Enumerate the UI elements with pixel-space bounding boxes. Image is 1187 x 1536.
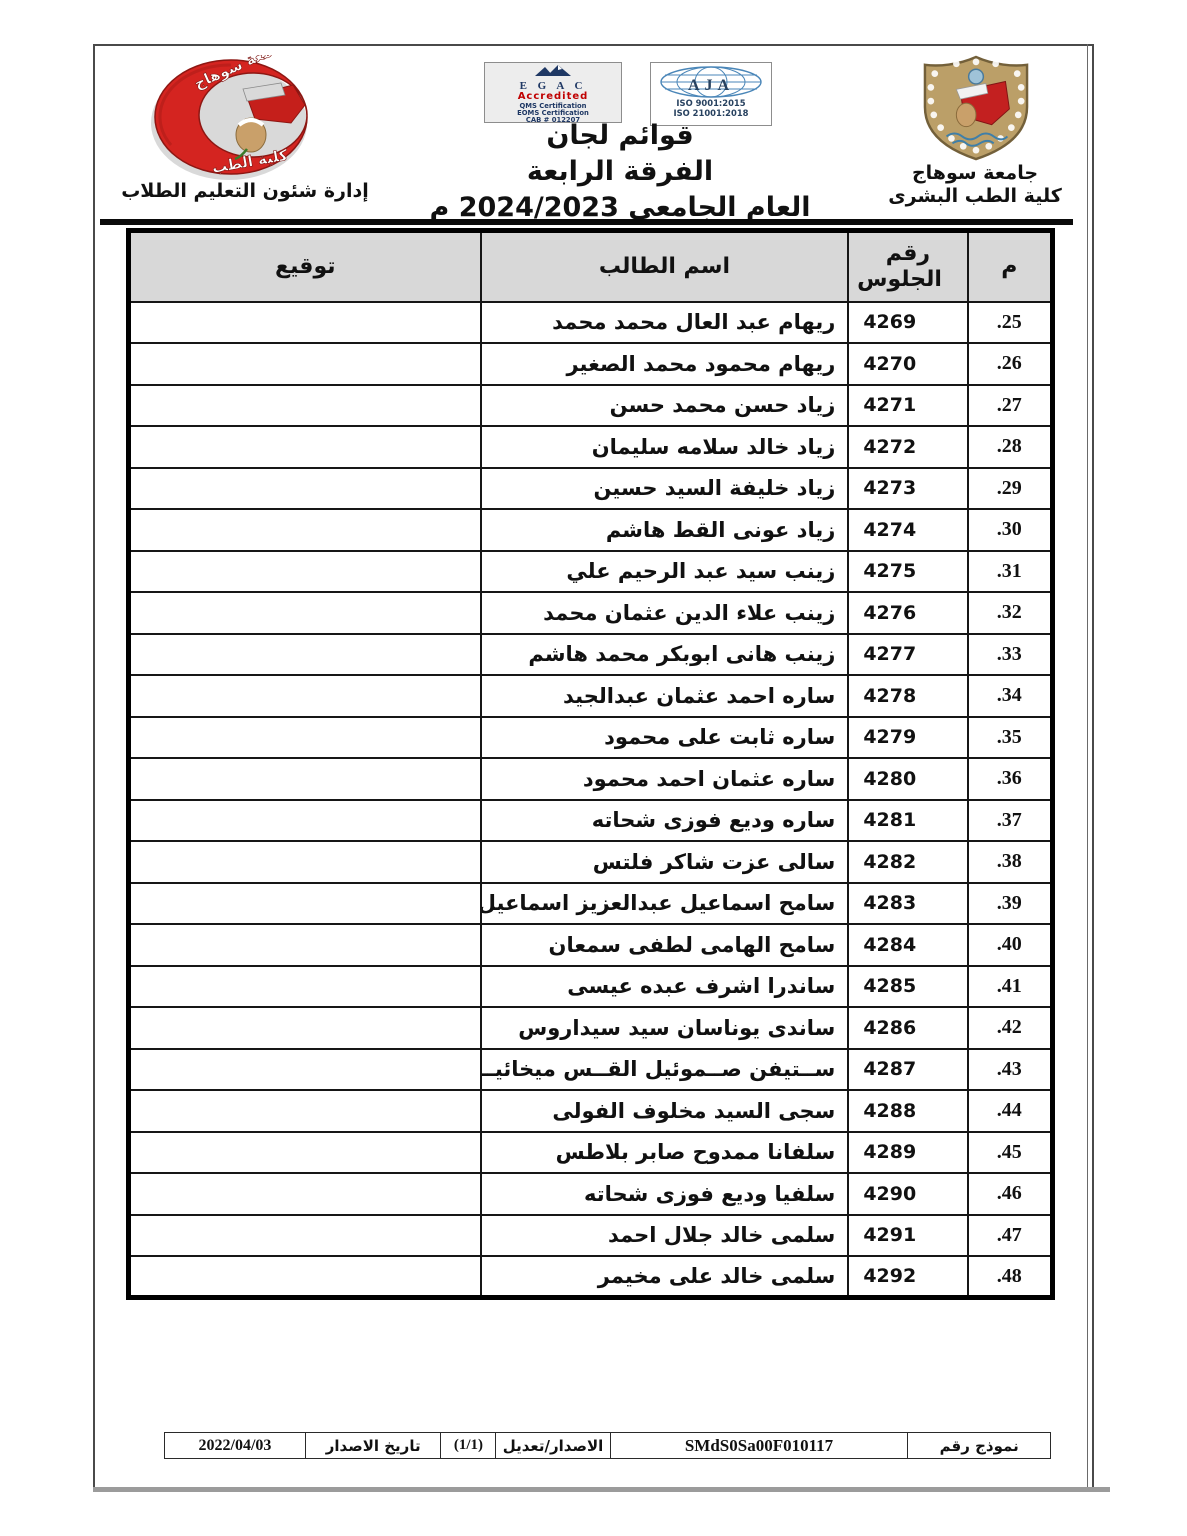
student-name: زينب هانى ابوبكر محمد هاشم (481, 634, 849, 676)
table-row: 32. 4276 زينب علاء الدين عثمان محمد (129, 592, 1053, 634)
signature-cell (129, 634, 481, 676)
signature-cell (129, 509, 481, 551)
row-serial-number: 25. (968, 302, 1053, 344)
table-row: 27. 4271 زياد حسن محمد حسن (129, 385, 1053, 427)
page-frame-right-inner-line (1087, 44, 1088, 1490)
row-serial-number: 36. (968, 758, 1053, 800)
signature-cell (129, 924, 481, 966)
seat-number: 4285 (848, 966, 967, 1008)
row-serial-number: 34. (968, 675, 1053, 717)
signature-cell (129, 1215, 481, 1257)
seat-number: 4278 (848, 675, 967, 717)
page-frame-left-line (93, 44, 95, 1490)
seat-number: 4274 (848, 509, 967, 551)
seat-number: 4275 (848, 551, 967, 593)
table-row: 26. 4270 ريهام محمود محمد الصغير (129, 343, 1053, 385)
page-frame-right-outer-line (1092, 44, 1094, 1490)
seat-number: 4284 (848, 924, 967, 966)
footer-row: نموذج رقم SMdS0Sa00F010117 الاصدار/تعديل… (165, 1433, 1051, 1459)
row-serial-number: 42. (968, 1007, 1053, 1049)
student-name: سلمى خالد جلال احمد (481, 1215, 849, 1257)
table-row: 44. 4288 سجى السيد مخلوف الفولى (129, 1090, 1053, 1132)
signature-cell (129, 675, 481, 717)
signature-cell (129, 1132, 481, 1174)
table-row: 39. 4283 سامح اسماعيل عبدالعزيز اسماعيل (129, 883, 1053, 925)
seat-number: 4288 (848, 1090, 967, 1132)
row-serial-number: 40. (968, 924, 1053, 966)
signature-cell (129, 551, 481, 593)
issue-value: (1/1) (441, 1433, 496, 1459)
row-serial-number: 32. (968, 592, 1053, 634)
header-divider-rule (100, 219, 1073, 225)
table-row: 36. 4280 ساره عثمان احمد محمود (129, 758, 1053, 800)
student-name: سلمى خالد على مخيمر (481, 1256, 849, 1298)
row-serial-number: 43. (968, 1049, 1053, 1091)
row-serial-number: 44. (968, 1090, 1053, 1132)
table-row: 48. 4292 سلمى خالد على مخيمر (129, 1256, 1053, 1298)
row-serial-number: 33. (968, 634, 1053, 676)
row-serial-number: 30. (968, 509, 1053, 551)
table-row: 40. 4284 سامح الهامى لطفى سمعان (129, 924, 1053, 966)
table-row: 30. 4274 زياد عونى القط هاشم (129, 509, 1053, 551)
signature-cell (129, 800, 481, 842)
row-serial-number: 47. (968, 1215, 1053, 1257)
signature-cell (129, 302, 481, 344)
student-name: زينب علاء الدين عثمان محمد (481, 592, 849, 634)
signature-cell (129, 385, 481, 427)
student-name: ســتيفن صــموئيل القــس ميخائيــل عبــد (481, 1049, 849, 1091)
table-row: 33. 4277 زينب هانى ابوبكر محمد هاشم (129, 634, 1053, 676)
table-row: 38. 4282 سالى عزت شاكر فلتس (129, 841, 1053, 883)
row-serial-number: 27. (968, 385, 1053, 427)
form-control-footer: نموذج رقم SMdS0Sa00F010117 الاصدار/تعديل… (164, 1432, 1051, 1459)
student-name: ساره احمد عثمان عبدالجيد (481, 675, 849, 717)
row-serial-number: 41. (968, 966, 1053, 1008)
signature-cell (129, 592, 481, 634)
table-row: 45. 4289 سلفانا ممدوح صابر بلاطس (129, 1132, 1053, 1174)
seat-number: 4279 (848, 717, 967, 759)
student-name: ساره عثمان احمد محمود (481, 758, 849, 800)
signature-cell (129, 966, 481, 1008)
seat-number: 4277 (848, 634, 967, 676)
university-shield-logo-icon (917, 54, 1035, 162)
table-row: 43. 4287 ســتيفن صــموئيل القــس ميخائيـ… (129, 1049, 1053, 1091)
student-name: زياد خليفة السيد حسين (481, 468, 849, 510)
student-name: سجى السيد مخلوف الفولى (481, 1090, 849, 1132)
seat-number: 4272 (848, 426, 967, 468)
table-row: 37. 4281 ساره وديع فوزى شحاته (129, 800, 1053, 842)
row-serial-number: 37. (968, 800, 1053, 842)
table-row: 34. 4278 ساره احمد عثمان عبدالجيد (129, 675, 1053, 717)
student-name: ساره ثابت على محمود (481, 717, 849, 759)
seat-number: 4280 (848, 758, 967, 800)
egac-mountains-icon (533, 64, 573, 77)
column-header-serial: م (968, 231, 1053, 302)
student-name: ساندى يوناسان سيد سيداروس (481, 1007, 849, 1049)
table-row: 35. 4279 ساره ثابت على محمود (129, 717, 1053, 759)
table-row: 46. 4290 سلفيا وديع فوزى شحاته (129, 1173, 1053, 1215)
table-row: 41. 4285 ساندرا اشرف عبده عيسى (129, 966, 1053, 1008)
signature-cell (129, 468, 481, 510)
student-name: زينب سيد عبد الرحيم علي (481, 551, 849, 593)
table-row: 25. 4269 ريهام عبد العال محمد محمد (129, 302, 1053, 344)
department-title: إدارة شئون التعليم الطلاب (105, 180, 385, 202)
signature-cell (129, 343, 481, 385)
university-name-block: جامعة سوهاج كلية الطب البشرى (875, 162, 1075, 208)
signature-cell (129, 717, 481, 759)
seat-number: 4281 (848, 800, 967, 842)
faculty-name: كلية الطب البشرى (875, 185, 1075, 208)
row-serial-number: 29. (968, 468, 1053, 510)
title-line-fourth-year: الفرقة الرابعة (420, 154, 820, 190)
page-bottom-shadow (93, 1487, 1110, 1492)
signature-cell (129, 426, 481, 468)
signature-cell (129, 1049, 481, 1091)
student-name: سامح الهامى لطفى سمعان (481, 924, 849, 966)
title-line-committee-lists: قوائم لجان (420, 118, 820, 154)
seat-number: 4276 (848, 592, 967, 634)
table-header-row: م رقم الجلوس اسم الطالب توقيع (129, 231, 1053, 302)
scanned-document-page: جامعة سوهاج كلية الطب إدارة شئون التعليم… (0, 0, 1187, 1536)
row-serial-number: 45. (968, 1132, 1053, 1174)
student-name: سلفانا ممدوح صابر بلاطس (481, 1132, 849, 1174)
issue-label: الاصدار/تعديل (496, 1433, 610, 1459)
university-name: جامعة سوهاج (875, 162, 1075, 185)
signature-cell (129, 883, 481, 925)
seat-number: 4269 (848, 302, 967, 344)
seat-number: 4289 (848, 1132, 967, 1174)
signature-cell (129, 1173, 481, 1215)
table-row: 29. 4273 زياد خليفة السيد حسين (129, 468, 1053, 510)
row-serial-number: 35. (968, 717, 1053, 759)
faculty-crescent-logo-icon: جامعة سوهاج كلية الطب (135, 55, 345, 185)
egac-accreditation-logo: E G A C Accredited QMS Certification EOM… (484, 62, 622, 123)
table-row: 42. 4286 ساندى يوناسان سيد سيداروس (129, 1007, 1053, 1049)
row-serial-number: 39. (968, 883, 1053, 925)
signature-cell (129, 841, 481, 883)
seat-number: 4290 (848, 1173, 967, 1215)
student-name: زياد عونى القط هاشم (481, 509, 849, 551)
column-header-student-name: اسم الطالب (481, 231, 849, 302)
page-frame-top-line (93, 44, 1093, 46)
student-name: زياد حسن محمد حسن (481, 385, 849, 427)
column-header-signature: توقيع (129, 231, 481, 302)
issue-date-value: 2022/04/03 (165, 1433, 306, 1459)
signature-cell (129, 1256, 481, 1298)
issue-date-label: تاريخ الاصدار (305, 1433, 441, 1459)
table-row: 47. 4291 سلمى خالد جلال احمد (129, 1215, 1053, 1257)
signature-cell (129, 1007, 481, 1049)
student-name: ريهام محمود محمد الصغير (481, 343, 849, 385)
student-name: ساندرا اشرف عبده عيسى (481, 966, 849, 1008)
table-row: 31. 4275 زينب سيد عبد الرحيم علي (129, 551, 1053, 593)
student-name: سلفيا وديع فوزى شحاته (481, 1173, 849, 1215)
row-serial-number: 28. (968, 426, 1053, 468)
table-row: 28. 4272 زياد خالد سلامه سليمان (129, 426, 1053, 468)
students-table: م رقم الجلوس اسم الطالب توقيع 25. 4269 ر… (126, 228, 1055, 1300)
student-name: سامح اسماعيل عبدالعزيز اسماعيل (481, 883, 849, 925)
row-serial-number: 38. (968, 841, 1053, 883)
seat-number: 4283 (848, 883, 967, 925)
seat-number: 4286 (848, 1007, 967, 1049)
aja-iso-line: ISO 21001:2018 (651, 109, 771, 119)
seat-number: 4273 (848, 468, 967, 510)
row-serial-number: 31. (968, 551, 1053, 593)
student-name: سالى عزت شاكر فلتس (481, 841, 849, 883)
aja-acronym: AJA (651, 77, 771, 95)
seat-number: 4287 (848, 1049, 967, 1091)
signature-cell (129, 758, 481, 800)
aja-certification-logo: AJA ISO 9001:2015 ISO 21001:2018 (650, 62, 772, 126)
row-serial-number: 48. (968, 1256, 1053, 1298)
student-name: ساره وديع فوزى شحاته (481, 800, 849, 842)
seat-number: 4292 (848, 1256, 967, 1298)
column-header-seat-number: رقم الجلوس (848, 231, 967, 302)
form-number-label: نموذج رقم (908, 1433, 1051, 1459)
seat-number: 4282 (848, 841, 967, 883)
document-title-block: قوائم لجان الفرقة الرابعة العام الجامعي … (420, 118, 820, 226)
student-name: زياد خالد سلامه سليمان (481, 426, 849, 468)
seat-number: 4270 (848, 343, 967, 385)
student-table-body: 25. 4269 ريهام عبد العال محمد محمد 26. 4… (129, 302, 1053, 1298)
seat-number: 4271 (848, 385, 967, 427)
row-serial-number: 46. (968, 1173, 1053, 1215)
student-name: ريهام عبد العال محمد محمد (481, 302, 849, 344)
signature-cell (129, 1090, 481, 1132)
row-serial-number: 26. (968, 343, 1053, 385)
form-number-value: SMdS0Sa00F010117 (610, 1433, 908, 1459)
seat-number: 4291 (848, 1215, 967, 1257)
